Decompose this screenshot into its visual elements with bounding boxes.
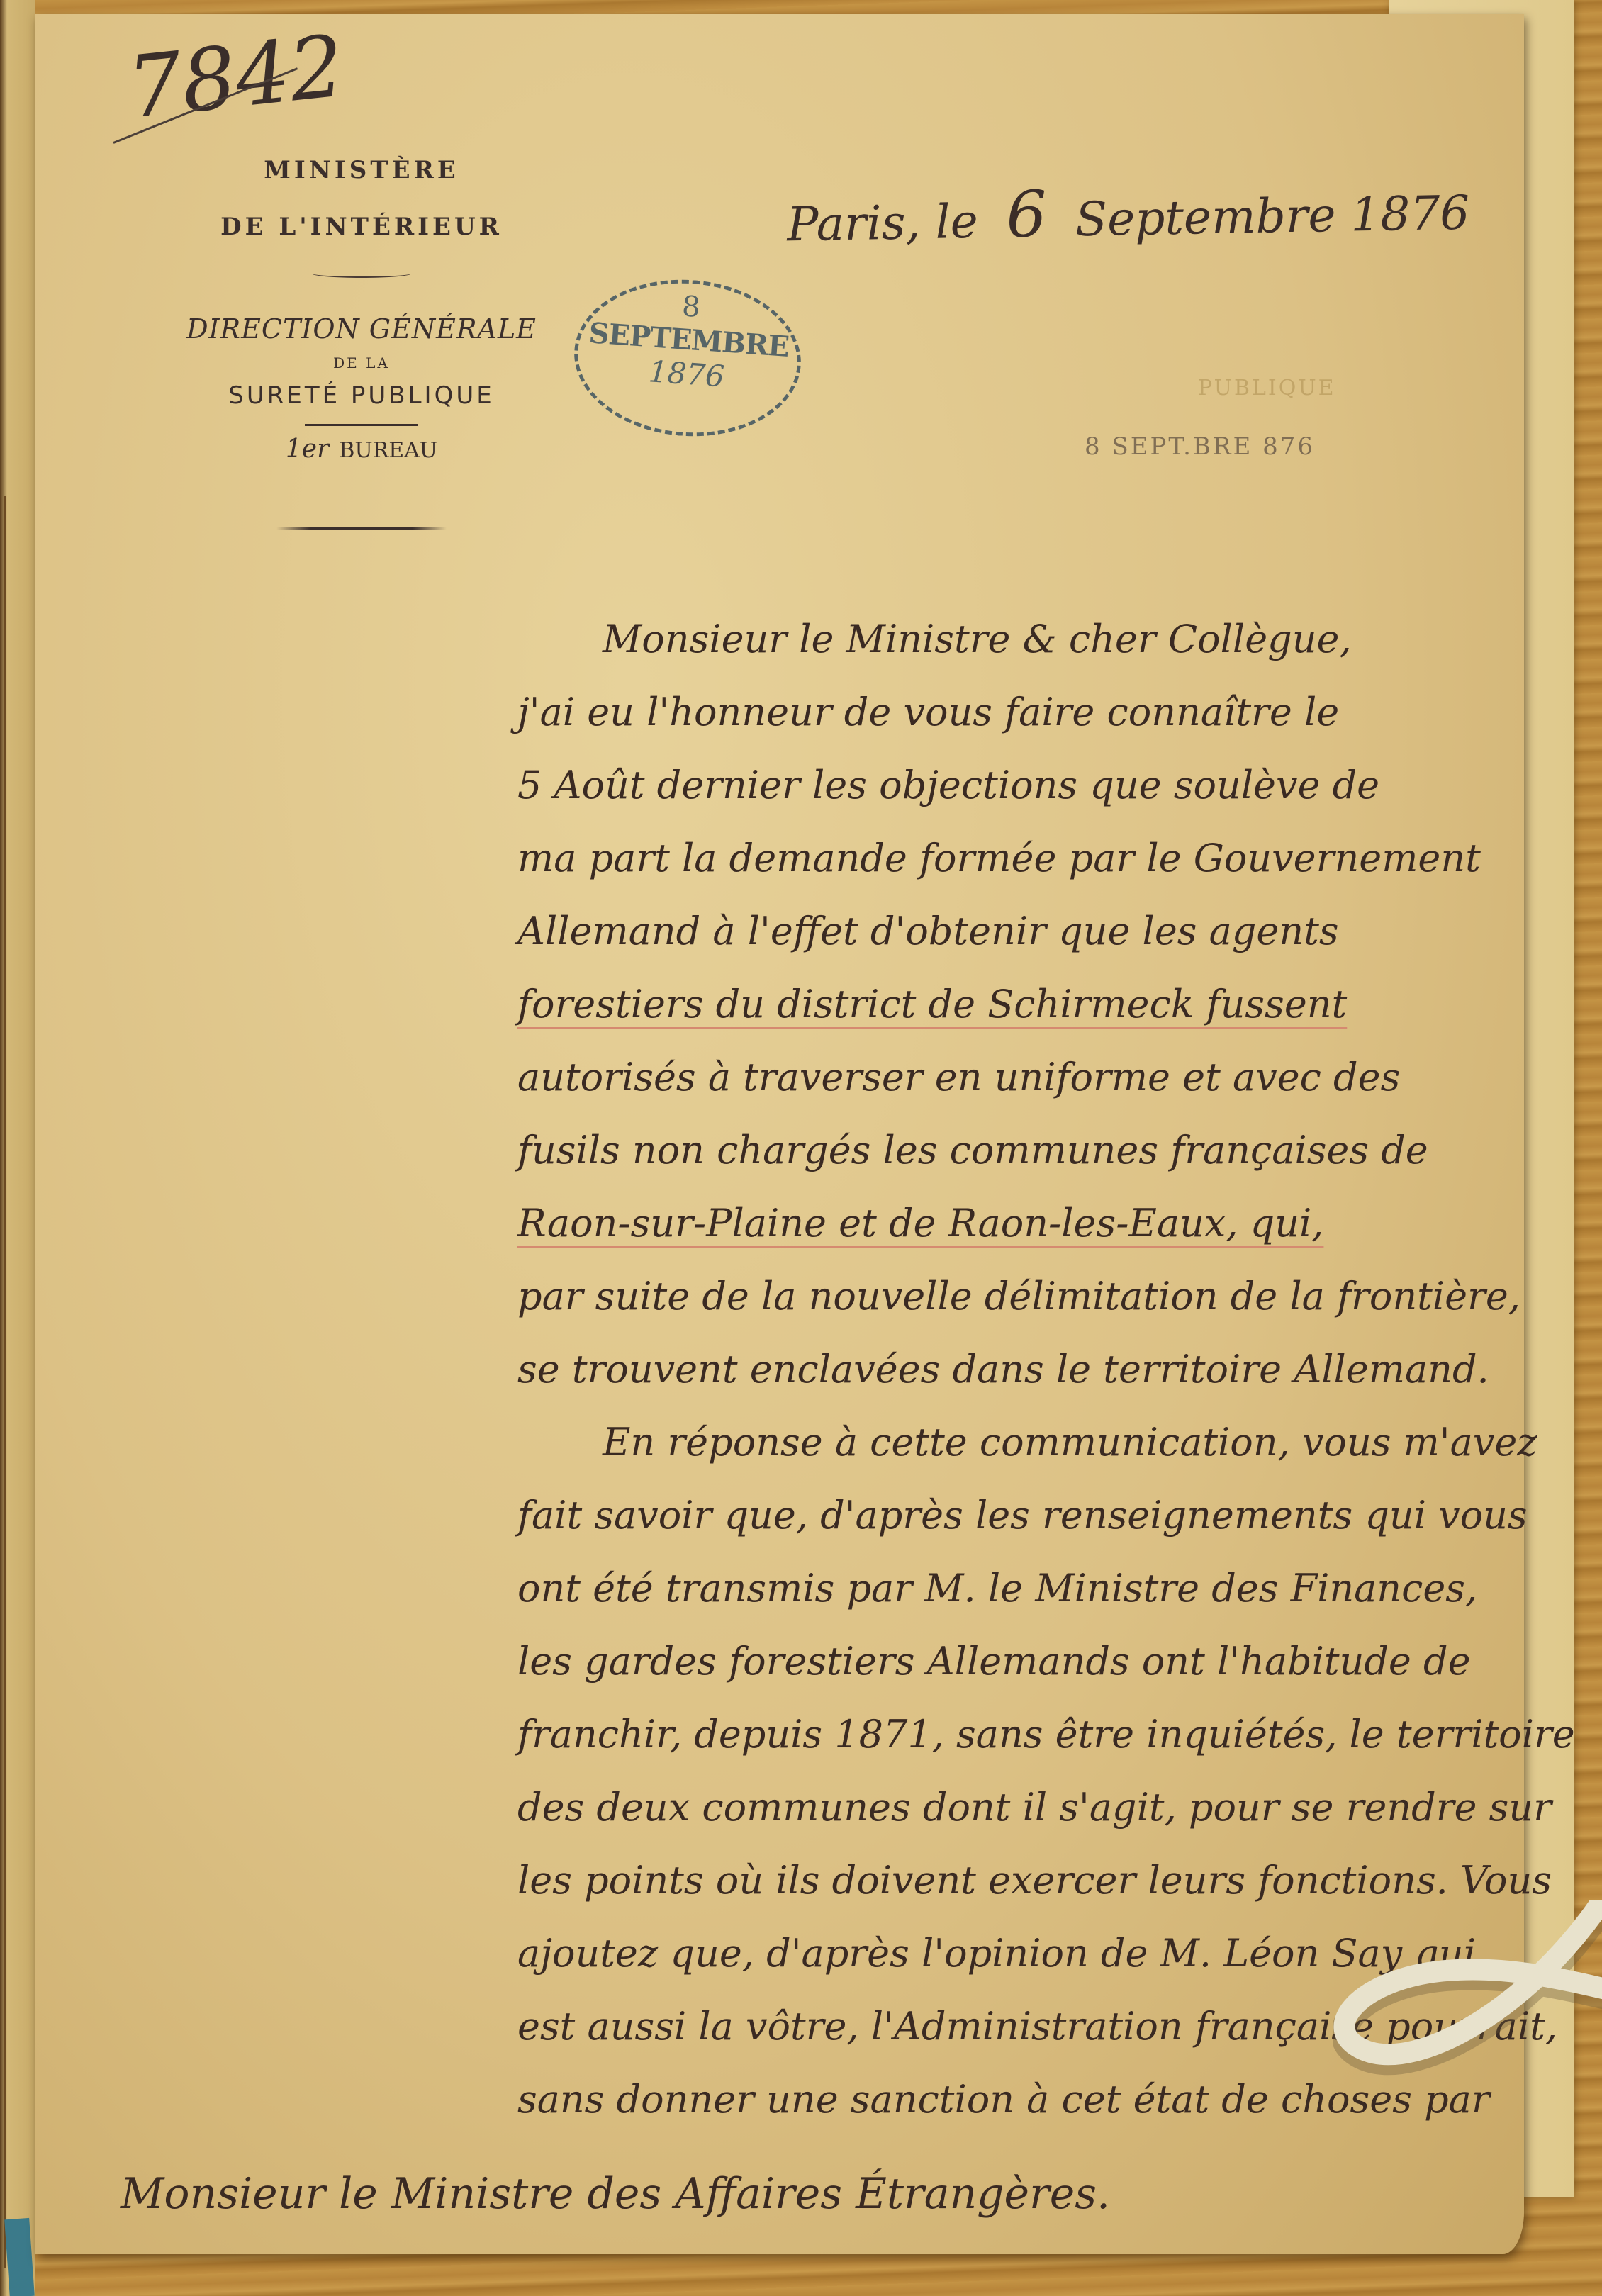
salutation: Monsieur le Ministre & cher Collègue, bbox=[517, 603, 1524, 676]
body-line: 5 Août dernier les objections que soulèv… bbox=[517, 749, 1524, 822]
archive-number: 7842 bbox=[123, 17, 349, 138]
folder-edge-line bbox=[4, 496, 6, 2268]
letter-date: Paris, le6Septembre 1876 bbox=[786, 170, 1470, 257]
date-place: Paris, le bbox=[787, 194, 979, 252]
body-line: fait savoir que, d'après les renseigneme… bbox=[517, 1479, 1524, 1552]
body-line: fusils non chargés les communes français… bbox=[517, 1114, 1524, 1187]
date-day: 6 bbox=[1006, 177, 1048, 252]
body-line: forestiers du district de Schirmeck fuss… bbox=[517, 968, 1524, 1041]
letterhead-direction: DIRECTION GÉNÉRALE bbox=[156, 313, 567, 345]
ornament-flourish bbox=[276, 527, 447, 530]
body-line: autorisés à traverser en uniforme et ave… bbox=[517, 1041, 1524, 1114]
letter-page: 7842 MINISTÈRE DE L'INTÉRIEUR DIRECTION … bbox=[35, 14, 1524, 2254]
letterhead-ministry: MINISTÈRE bbox=[156, 156, 567, 184]
letterhead: MINISTÈRE DE L'INTÉRIEUR DIRECTION GÉNÉR… bbox=[156, 156, 567, 530]
body-line: Raon-sur-Plaine et de Raon-les-Eaux, qui… bbox=[517, 1187, 1524, 1260]
body-line: j'ai eu l'honneur de vous faire connaîtr… bbox=[517, 676, 1524, 749]
letterhead-rule bbox=[305, 424, 418, 426]
body-line: franchir, depuis 1871, sans être inquiét… bbox=[517, 1698, 1524, 1771]
body-line: des deux communes dont il s'agit, pour s… bbox=[517, 1771, 1524, 1844]
ornament-divider bbox=[312, 269, 411, 278]
bureau-number: 1er bbox=[286, 435, 329, 464]
faint-stamp-text: PUBLIQUE bbox=[1198, 376, 1336, 401]
bureau-label: BUREAU bbox=[339, 438, 437, 463]
body-line: se trouvent enclavées dans le territoire… bbox=[517, 1333, 1524, 1406]
received-date-stamp: 8 SEPTEMBRE 1876 bbox=[569, 272, 807, 444]
letterhead-de-la: DE LA bbox=[156, 354, 567, 371]
date-month-year: Septembre 1876 bbox=[1075, 186, 1470, 247]
body-line: ont été transmis par M. le Ministre des … bbox=[517, 1552, 1524, 1625]
white-cable bbox=[1333, 1900, 1602, 2183]
letterhead-surete: SURETÉ PUBLIQUE bbox=[156, 381, 567, 410]
body-line: les gardes forestiers Allemands ont l'ha… bbox=[517, 1625, 1524, 1698]
letterhead-bureau: 1erBUREAU bbox=[156, 435, 567, 464]
paragraph-start: En réponse à cette communication, vous m… bbox=[517, 1406, 1524, 1479]
body-line: Allemand à l'effet d'obtenir que les age… bbox=[517, 895, 1524, 968]
addressee: Monsieur le Ministre des Affaires Étrang… bbox=[121, 2169, 1110, 2219]
body-line: ma part la demande formée par le Gouvern… bbox=[517, 822, 1524, 895]
body-line: par suite de la nouvelle délimitation de… bbox=[517, 1260, 1524, 1333]
letterhead-interior: DE L'INTÉRIEUR bbox=[156, 213, 567, 241]
faint-date-stamp: 8 SEPT.BRE 876 bbox=[1085, 432, 1315, 461]
